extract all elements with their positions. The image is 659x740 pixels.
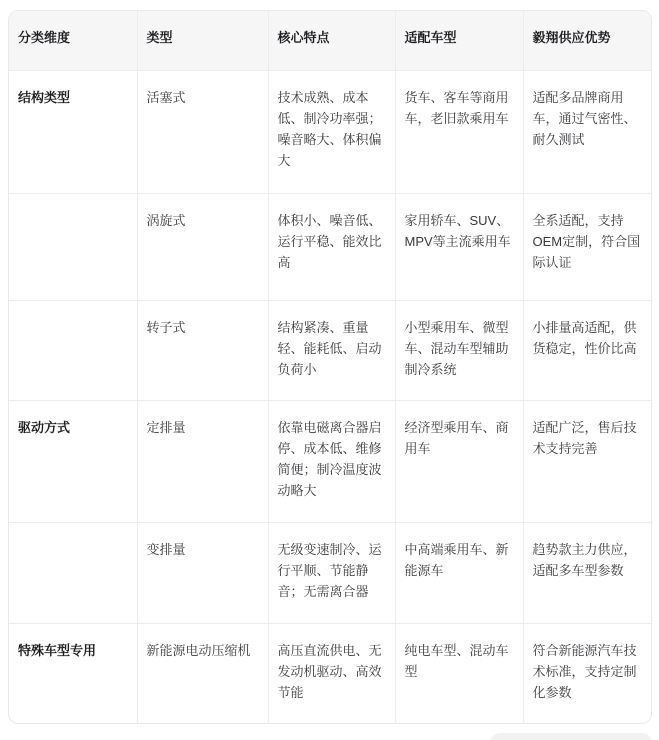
cell-vehicles: 中高端乘用车、新能源车 [395,522,523,623]
col-header-dimension: 分类维度 [9,11,137,70]
cell-advantage: 小排量高适配，供货稳定，性价比高 [523,300,651,400]
cell-vehicles: 小型乘用车、微型车、混动车型辅助制冷系统 [395,300,523,400]
cell-advantage: 适配多品牌商用车，通过气密性、耐久测试 [523,70,651,193]
table-header-row: 分类维度 类型 核心特点 适配车型 毅翔供应优势 [9,11,651,70]
cell-type: 活塞式 [137,70,268,193]
cell-dimension: 结构类型 [9,70,137,193]
cell-features: 体积小、噪音低、运行平稳、能效比高 [268,193,395,300]
next-card-peek [490,733,652,740]
cell-dimension [9,193,137,300]
table-row: 特殊车型专用 新能源电动压缩机 高压直流供电、无发动机驱动、高效节能 纯电车型、… [9,623,651,723]
cell-type: 变排量 [137,522,268,623]
cell-features: 无级变速制冷、运行平顺、节能静音；无需离合器 [268,522,395,623]
table-row: 涡旋式 体积小、噪音低、运行平稳、能效比高 家用轿车、SUV、MPV等主流乘用车… [9,193,651,300]
table-row: 变排量 无级变速制冷、运行平顺、节能静音；无需离合器 中高端乘用车、新能源车 趋… [9,522,651,623]
cell-dimension: 驱动方式 [9,400,137,522]
cell-type: 新能源电动压缩机 [137,623,268,723]
table-row: 转子式 结构紧凑、重量轻、能耗低、启动负荷小 小型乘用车、微型车、混动车型辅助制… [9,300,651,400]
cell-advantage: 符合新能源汽车技术标准，支持定制化参数 [523,623,651,723]
col-header-type: 类型 [137,11,268,70]
table-row: 结构类型 活塞式 技术成熟、成本低、制冷功率强；噪音略大、体积偏大 货车、客车等… [9,70,651,193]
cell-advantage: 适配广泛，售后技术支持完善 [523,400,651,522]
cell-vehicles: 家用轿车、SUV、MPV等主流乘用车 [395,193,523,300]
cell-dimension: 特殊车型专用 [9,623,137,723]
table-row: 驱动方式 定排量 依靠电磁离合器启停、成本低、维修简便；制冷温度波动略大 经济型… [9,400,651,522]
compressor-comparison-card: 分类维度 类型 核心特点 适配车型 毅翔供应优势 结构类型 活塞式 技术成熟、成… [8,10,652,724]
cell-features: 高压直流供电、无发动机驱动、高效节能 [268,623,395,723]
col-header-features: 核心特点 [268,11,395,70]
cell-vehicles: 纯电车型、混动车型 [395,623,523,723]
cell-type: 转子式 [137,300,268,400]
cell-vehicles: 货车、客车等商用车，老旧款乘用车 [395,70,523,193]
cell-dimension [9,522,137,623]
cell-advantage: 趋势款主力供应，适配多车型参数 [523,522,651,623]
cell-features: 结构紧凑、重量轻、能耗低、启动负荷小 [268,300,395,400]
col-header-advantage: 毅翔供应优势 [523,11,651,70]
compressor-comparison-table: 分类维度 类型 核心特点 适配车型 毅翔供应优势 结构类型 活塞式 技术成熟、成… [9,11,651,723]
cell-features: 依靠电磁离合器启停、成本低、维修简便；制冷温度波动略大 [268,400,395,522]
col-header-vehicles: 适配车型 [395,11,523,70]
cell-vehicles: 经济型乘用车、商用车 [395,400,523,522]
cell-type: 涡旋式 [137,193,268,300]
cell-advantage: 全系适配，支持OEM定制，符合国际认证 [523,193,651,300]
cell-type: 定排量 [137,400,268,522]
cell-features: 技术成熟、成本低、制冷功率强；噪音略大、体积偏大 [268,70,395,193]
cell-dimension [9,300,137,400]
